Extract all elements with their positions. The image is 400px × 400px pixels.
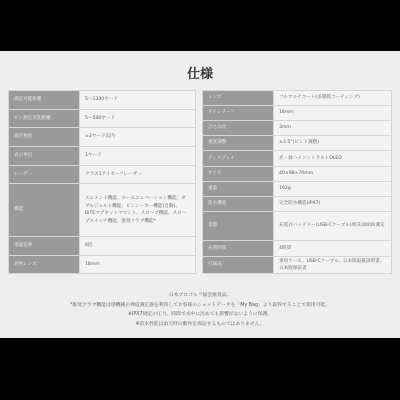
spec-row: ディスプレイ 赤・緑ハイコントラストOLED	[203, 151, 392, 167]
spec-value: フルマルチコート(多層膜コーティング)	[274, 91, 392, 106]
spec-row: アイレリーフ 16mm	[203, 106, 392, 121]
spec-value: 充電式バッテリー(USB-Cケーブル)/約3,000回測定	[274, 212, 392, 241]
spec-value: 192g	[274, 182, 392, 197]
spec-row: ピン測定可能距離 5〜500ヤード	[9, 110, 196, 128]
spec-row: レンズ フルマルチコート(多層膜コーティング)	[203, 91, 392, 106]
spec-label: 機能	[9, 184, 80, 237]
spec-label: 視度調整	[203, 136, 274, 151]
spec-panel: 仕様 測定可能距離 5〜1300ヤード ピン測定可能距離 5〜500ヤード 測定…	[0, 51, 400, 338]
page-title: 仕様	[0, 63, 400, 82]
spec-label: 付属品	[203, 257, 274, 274]
spec-label: レンズ	[203, 91, 274, 106]
spec-value: 6倍	[80, 237, 196, 256]
spec-row: 対物レンズ 18mm	[9, 256, 196, 274]
footnote: ※IPX7規定の圧力、時間で水中に沈めても影響がないように保護。	[0, 310, 400, 320]
spec-label: アイレリーフ	[203, 106, 274, 121]
spec-value: ±1ヤード以内	[80, 128, 196, 147]
spec-row: 測定可能距離 5〜1300ヤード	[9, 91, 196, 110]
spec-value: クラス1アイセーフレーザー	[80, 166, 196, 184]
spec-row: 測定精度 ±1ヤード以内	[9, 128, 196, 147]
spec-value: 1ヤード	[80, 147, 196, 166]
spec-row: 充電時間 4時間	[203, 241, 392, 257]
spec-label: 望遠倍率	[9, 237, 80, 256]
spec-row: 表示単位 1ヤード	[9, 147, 196, 166]
spec-row: 重量 192g	[203, 182, 392, 197]
spec-value: 4時間	[274, 241, 392, 257]
spec-label: 表示単位	[9, 147, 80, 166]
spec-label: 対物レンズ	[9, 256, 80, 274]
spec-label: 充電時間	[203, 241, 274, 257]
spec-label: 測定精度	[9, 128, 80, 147]
spec-value: 18mm	[80, 256, 196, 274]
spec-label: 測定可能距離	[9, 91, 80, 110]
spec-table-right: レンズ フルマルチコート(多層膜コーティング) アイレリーフ 16mm ひとみ径…	[202, 90, 392, 274]
spec-table-left: 測定可能距離 5〜1300ヤード ピン測定可能距離 5〜500ヤード 測定精度 …	[8, 90, 196, 274]
spec-value: 40×98×70mm	[274, 167, 392, 182]
spec-value: 完全防水構造(IPX7)	[274, 197, 392, 212]
spec-row: 視度調整 ±3.5°(ピント調整)	[203, 136, 392, 151]
spec-label: 電源	[203, 212, 274, 241]
spec-value: エレメント機能、ホームエレベーション機能、ダブルジョルト機能、ピンシーカー機能(…	[80, 184, 196, 237]
spec-row: ひとみ径 3mm	[203, 121, 392, 136]
spec-label: ピン測定可能距離	[9, 110, 80, 128]
footnote: ※防水性能は雨天時の動作を保証するものではありません。	[0, 320, 400, 330]
spec-row: サイズ 40×98×70mm	[203, 167, 392, 182]
spec-value: 5〜1300ヤード	[80, 91, 196, 110]
spec-row: 電源 充電式バッテリー(USB-Cケーブル)/約3,000回測定	[203, 212, 392, 241]
spec-label: ディスプレイ	[203, 151, 274, 167]
spec-label: 防水機能	[203, 197, 274, 212]
spec-row: 防水機能 完全防水構造(IPX7)	[203, 197, 392, 212]
spec-value: 5〜500ヤード	[80, 110, 196, 128]
spec-row: 付属品 専用ケース、USB-Cケーブル、日本版取扱説明書、日本版保証書	[203, 257, 392, 274]
spec-row: レーザー クラス1アイセーフレーザー	[9, 166, 196, 184]
spec-label: ひとみ径	[203, 121, 274, 136]
spec-row: 機能 エレメント機能、ホームエレベーション機能、ダブルジョルト機能、ピンシーカー…	[9, 184, 196, 237]
footnote: *推奨クラブ機能は別機種の弾道測定器を利用してお客様のショットデータを「My B…	[0, 301, 400, 311]
footnote: 日本プロゴルフ協会推奨品。	[0, 291, 400, 301]
spec-row: 望遠倍率 6倍	[9, 237, 196, 256]
spec-value: 16mm	[274, 106, 392, 121]
spec-label: レーザー	[9, 166, 80, 184]
footnotes: 日本プロゴルフ協会推奨品。 *推奨クラブ機能は別機種の弾道測定器を利用してお客様…	[0, 291, 400, 329]
spec-label: サイズ	[203, 167, 274, 182]
spec-value: 3mm	[274, 121, 392, 136]
spec-value: 赤・緑ハイコントラストOLED	[274, 151, 392, 167]
spec-value: ±3.5°(ピント調整)	[274, 136, 392, 151]
spec-value: 専用ケース、USB-Cケーブル、日本版取扱説明書、日本版保証書	[274, 257, 392, 274]
spec-label: 重量	[203, 182, 274, 197]
